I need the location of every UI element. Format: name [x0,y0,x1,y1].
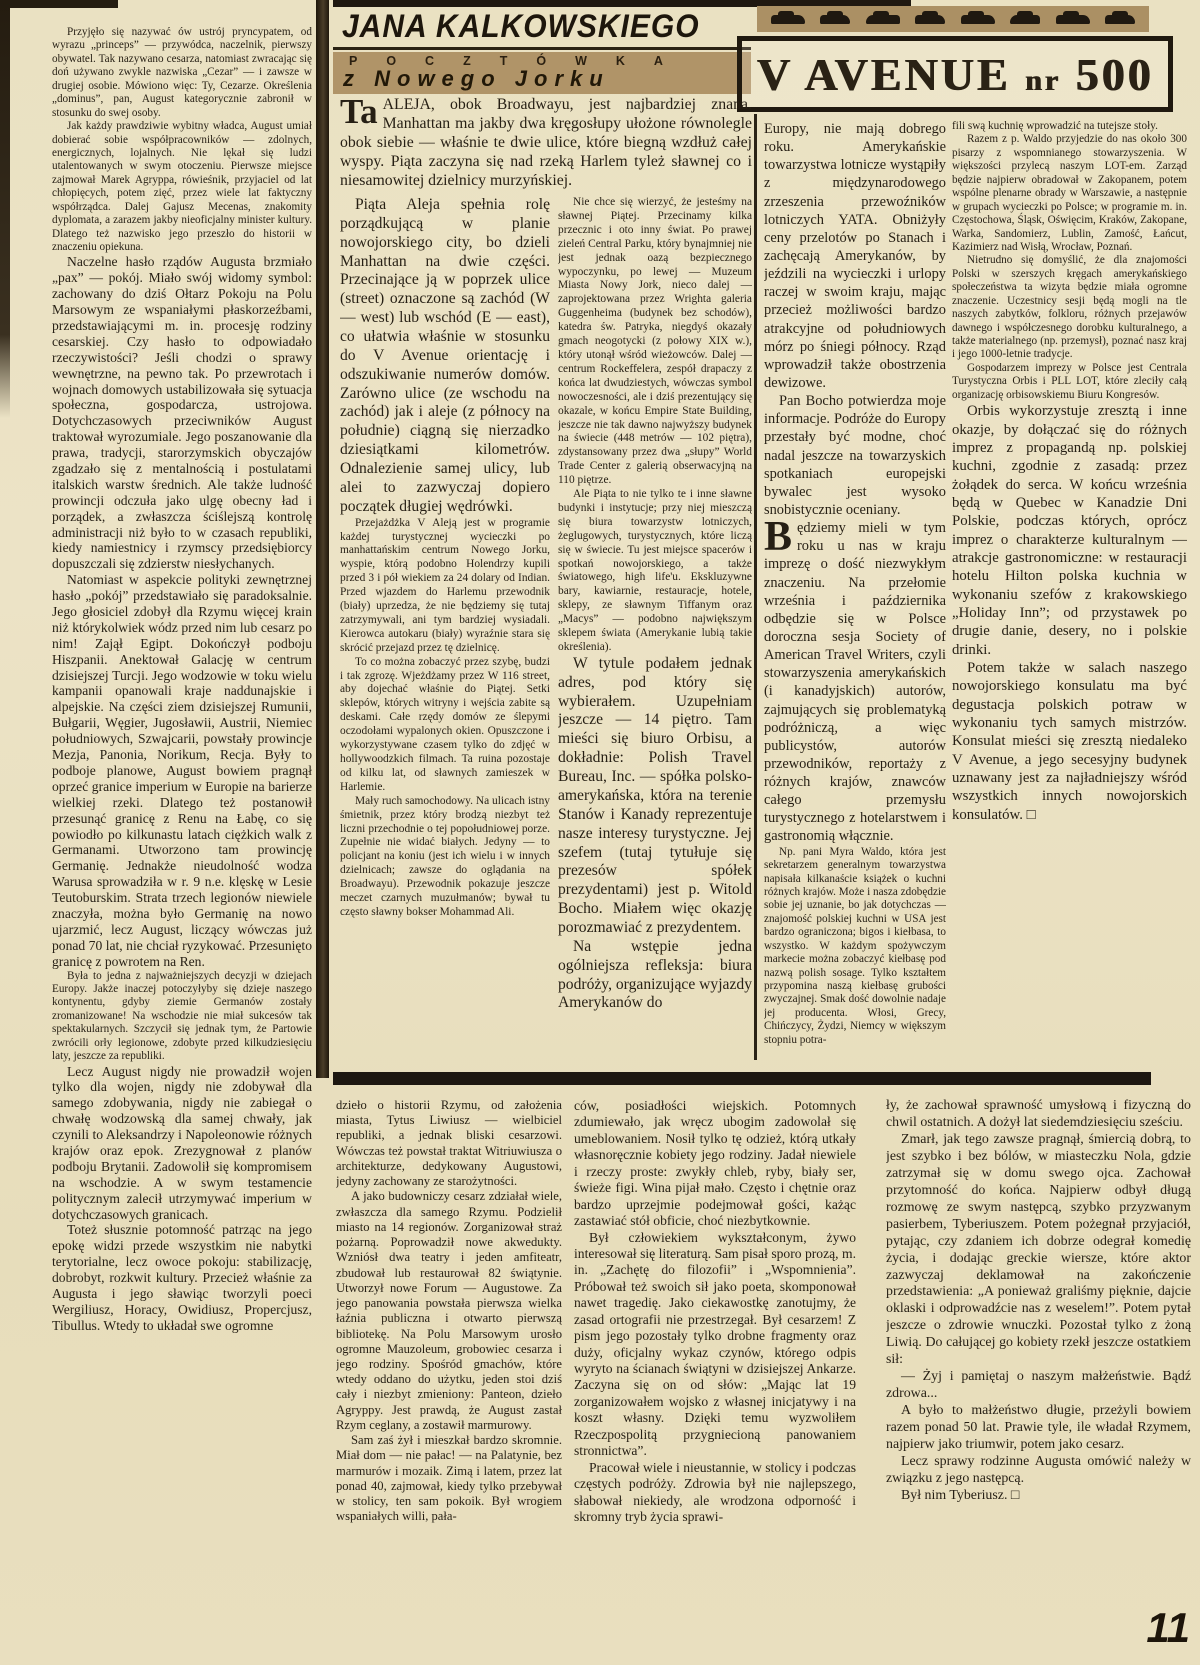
vehicle-silhouette-icon [961,15,995,24]
paragraph: Była to jedna z najważniejszych decyzji … [52,970,312,1064]
paragraph: Był nim Tyberiusz. □ [886,1488,1191,1505]
headline-main: V AVENUE [757,49,1025,100]
vehicle-silhouette-icon [915,15,945,24]
paragraph: Mały ruch samochodowy. Na ulicach istny … [340,795,550,920]
postcard-column-2: Nie chce się wierzyć, że jesteśmy na sła… [558,196,752,1062]
augustus-bottom-column-3: ły, że zachował sprawność umysłową i fiz… [886,1098,1191,1660]
paragraph: ły, że zachował sprawność umysłową i fiz… [886,1098,1191,1132]
paragraph: Zmarł, jak tego zawsze pragnął, śmiercią… [886,1132,1191,1369]
paragraph: fili swą kuchnię wprowadzić na tutejsze … [952,120,1187,133]
paragraph: Potem także w salach naszego nowojorskie… [952,659,1187,824]
paragraph: Będziemy mieli w tym roku u nas w kraju … [764,519,946,846]
paragraph: Nie chce się wierzyć, że jesteśmy na sła… [558,196,752,488]
byline-underline-rule [333,47,751,50]
paragraph: A jako budowniczy cesarz zdziałał wiele,… [336,1189,562,1433]
paragraph: Lecz August nigdy nie prowadził wojen ty… [52,1064,312,1223]
paragraph: Razem z p. Waldo przyjedzie do nas około… [952,133,1187,254]
page-corner-smudge [0,0,118,8]
postcard-column-1: Piąta Aleja spełnia rolę porządkującą w … [340,196,550,1062]
vehicle-silhouette-icon [1056,15,1090,24]
postcard-lead-paragraph: TaALEJA, obok Broadwayu, jest najbardzie… [340,96,752,196]
paragraph: — Żyj i pamiętaj o naszym małżeństwie. B… [886,1369,1191,1403]
paragraph: TaALEJA, obok Broadwayu, jest najbardzie… [340,96,752,191]
drop-cap: B [764,519,797,555]
column-gutter-rule [316,0,329,1078]
paragraph: dzieło o historii Rzymu, od założenia mi… [336,1098,562,1189]
author-byline: JANA KALKOWSKIEGO [342,9,752,46]
vehicle-silhouette-icon [866,15,900,24]
augustus-bottom-column-2: ców, posiadłości wiejskich. Potomnych zd… [574,1098,856,1660]
paragraph: ców, posiadłości wiejskich. Potomnych zd… [574,1098,856,1230]
vehicle-silhouette-icon [820,15,850,24]
paragraph: Piąta Aleja spełnia rolę porządkującą w … [340,196,550,517]
paragraph: Przyjęło się nazywać ów ustrój pryncypat… [52,26,312,120]
vehicle-silhouette-icon [771,15,805,24]
headline-number: 500 [1061,49,1154,100]
paragraph: To co można zobaczyć przez szybę, budzi … [340,656,550,795]
paragraph: Przejażdżka V Aleją jest w programie każ… [340,517,550,656]
paragraph: Toteż słusznie potomność patrząc na jego… [52,1222,312,1333]
paragraph: Natomiast w aspekcie polityki zewnętrzne… [52,572,312,969]
postcard-column-4: fili swą kuchnię wprowadzić na tutejsze … [952,120,1187,1064]
series-title-band: POCZTÓWKA z Nowego Jorku [333,52,751,94]
paragraph: Jak każdy prawdziwie wybitny władca, Aug… [52,120,312,254]
paragraph: Naczelne hasło rządów Augusta brzmiało „… [52,254,312,572]
page-edge-shadow [0,0,10,418]
paragraph: A było to małżeństwo długie, przeżyli bo… [886,1403,1191,1454]
page-number: 11 [1128,1604,1190,1652]
paragraph: Pracował wiele i nieustannie, w stolicy … [574,1460,856,1526]
paragraph: Sam zaś żył i mieszkał bardzo skromnie. … [336,1433,562,1524]
traffic-illustration-strip [757,6,1149,32]
postcard-column-3: Europy, nie mają dobrego roku. Amerykańs… [764,120,946,1064]
vehicle-silhouette-icon [1010,15,1040,24]
paragraph: Nietrudno się domyślić, że dla znajomośc… [952,254,1187,362]
paragraph: Np. pani Myra Waldo, która jest sekretar… [764,846,946,1048]
paragraph: Europy, nie mają dobrego roku. Amerykańs… [764,120,946,392]
section-divider-rule [333,1072,1151,1085]
vehicle-silhouette-icon [1105,15,1135,24]
paragraph: Na wstępie jedna ogólniejsza refleksja: … [558,938,752,1013]
paragraph: Orbis wykorzystuje zresztą i inne okazje… [952,402,1187,659]
headline-box: V AVENUE nr 500 [737,36,1173,112]
drop-cap: Ta [340,96,383,127]
paragraph: W tytule podałem jednak adres, pod który… [558,655,752,938]
augustus-bottom-column-1: dzieło o historii Rzymu, od założenia mi… [336,1098,562,1660]
section-vertical-rule [754,114,757,1060]
paragraph: Gospodarzem imprezy w Polsce jest Centra… [952,362,1187,402]
series-subtitle: z Nowego Jorku [333,66,751,92]
paragraph: Był człowiekiem wykształconym, żywo inte… [574,1230,856,1460]
paragraph: Ale Piąta to nie tylko te i inne sławne … [558,488,752,655]
headline-nr: nr [1025,64,1061,97]
paragraph: Pan Bocho potwierdza moje informacje. Po… [764,392,946,519]
article-headline: V AVENUE nr 500 [757,48,1154,101]
paragraph: Lecz sprawy rodzinne Augusta omówić nale… [886,1454,1191,1488]
article-column-augustus: Przyjęło się nazywać ów ustrój pryncypat… [52,26,312,1654]
